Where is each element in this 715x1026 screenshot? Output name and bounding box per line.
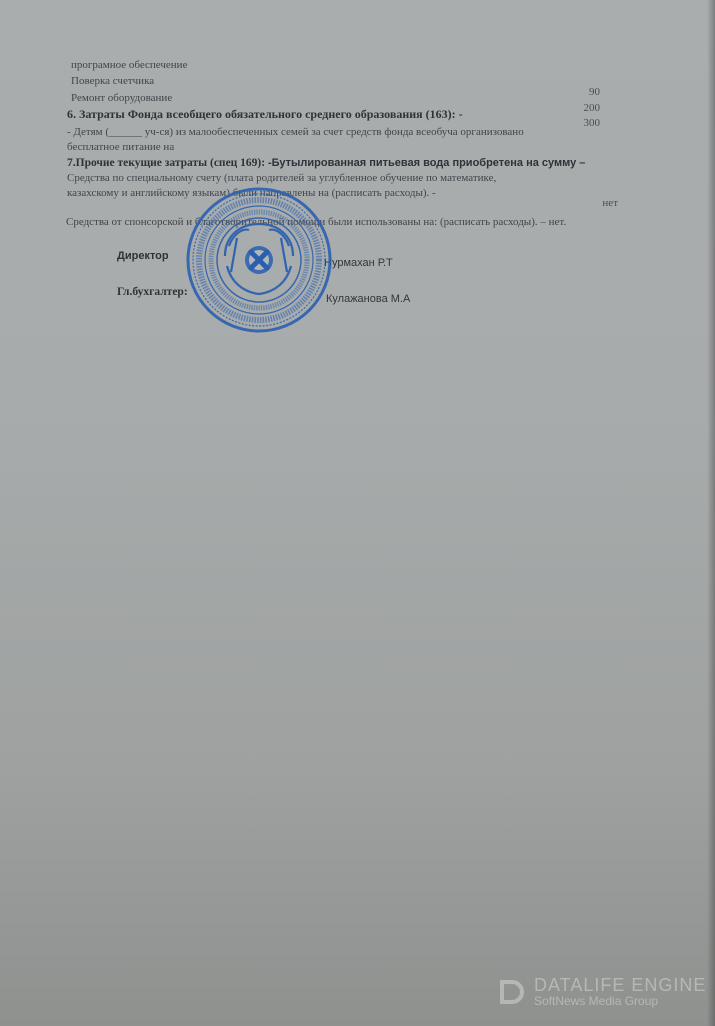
line-equipment-repair: Ремонт оборудование [71, 92, 172, 105]
section6-children-line2: бесплатное питание на [67, 141, 174, 154]
section6-children-line1: - Детям (______ уч-ся) из малообеспеченн… [67, 126, 524, 139]
director-label: Директор [117, 250, 169, 263]
datalife-engine-watermark: DataLife Engine SoftNews Media Group [498, 976, 706, 1008]
official-stamp-icon [185, 186, 333, 334]
document-photo: { "document": { "lines": { "software": "… [0, 0, 715, 1026]
amount-300: 300 [560, 117, 600, 130]
line-software: програмное обеспечение [71, 59, 187, 72]
datalife-logo-icon [498, 978, 526, 1006]
special-account-line1: Средства по специальному счету (плата ро… [67, 172, 496, 185]
section7-heading-prefix: 7.Прочие текущие затраты (спец 169): [67, 157, 268, 169]
section6-heading: 6. Затраты Фонда всеобщего обязательного… [67, 108, 463, 121]
page-edge-shadow [707, 0, 715, 1026]
watermark-title: DataLife Engine [534, 976, 706, 994]
section7-heading-water: -Бутылированная питьевая вода приобретен… [268, 157, 585, 169]
special-account-value: нет [578, 197, 618, 210]
accountant-label: Гл.бухгалтер: [117, 286, 188, 299]
accountant-name: Кулажанова М.А [326, 293, 410, 306]
section7-heading: 7.Прочие текущие затраты (спец 169): -Бу… [67, 157, 585, 170]
director-name: Нурмахан Р.Т [324, 257, 393, 270]
watermark-subtitle: SoftNews Media Group [534, 994, 706, 1008]
amount-90: 90 [560, 86, 600, 99]
amount-200: 200 [560, 102, 600, 115]
line-meter-check: Поверка счетчика [71, 75, 154, 88]
